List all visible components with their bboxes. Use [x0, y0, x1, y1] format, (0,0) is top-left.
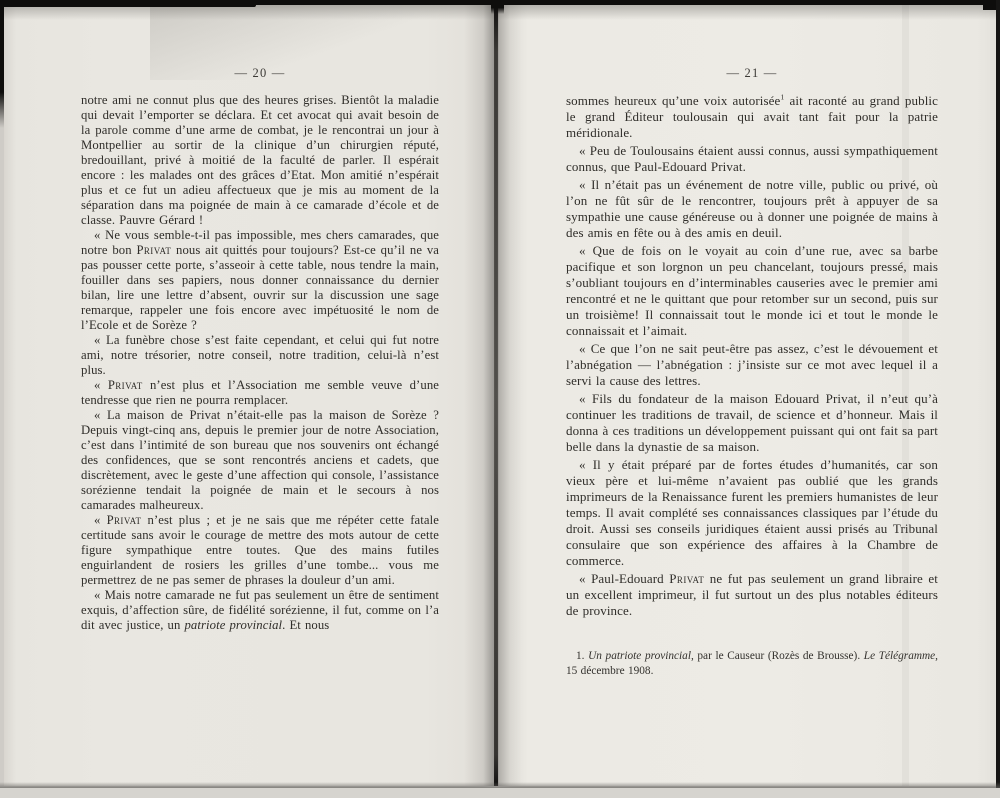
text-segment: Un patriote provincial,	[588, 650, 694, 662]
text-segment: « Peu de Toulousains étaient aussi connu…	[566, 143, 938, 174]
scan-left-edge	[0, 0, 4, 128]
paragraph: « Privat n’est plus et l’Association me …	[81, 378, 439, 408]
paragraph: « Mais notre camarade ne fut pas seuleme…	[81, 588, 439, 633]
text-segment: notre ami ne connut plus que des heures …	[81, 93, 439, 227]
text-segment: « Que de fois on le voyait au coin d’une…	[566, 243, 938, 338]
paragraph: « La funèbre chose s’est faite cependant…	[81, 333, 439, 378]
paragraph: sommes heureux qu’une voix autorisée1 ai…	[566, 93, 938, 141]
text-segment: Privat	[107, 513, 142, 527]
text-segment: patriote provincial	[184, 618, 282, 632]
scan-right-edge	[996, 0, 1000, 789]
gutter-core-line	[494, 5, 498, 786]
page-stack-band	[0, 788, 1000, 798]
text-segment: Privat	[669, 571, 704, 586]
paragraph: « Privat n’est plus ; et je ne sais que …	[81, 513, 439, 588]
text-segment: par le Causeur (Rozès de Brousse).	[694, 650, 864, 662]
paragraph: « Paul-Edouard Privat ne fut pas seuleme…	[566, 571, 938, 619]
text-segment: Privat	[136, 243, 171, 257]
scan-top-edge-left	[0, 0, 256, 7]
text-segment: « Il n’était pas un événement de notre v…	[566, 177, 938, 240]
text-segment: « La maison de Privat n’était-elle pas l…	[81, 408, 439, 512]
paragraph: notre ami ne connut plus que des heures …	[81, 93, 439, 228]
scan-top-gutter-wedge	[491, 0, 504, 14]
paragraph: « Il y était préparé par de fortes étude…	[566, 457, 938, 569]
text-segment: 15 décembre 1908.	[566, 665, 653, 677]
paragraph: « Ce que l’on ne sait peut-être pas asse…	[566, 341, 938, 389]
text-segment: « La funèbre chose s’est faite cependant…	[81, 333, 439, 377]
text-segment: « Fils du fondateur de la maison Edouard…	[566, 391, 938, 454]
page-number-header-20: — 20 —	[81, 66, 439, 81]
paragraph: « Peu de Toulousains étaient aussi connu…	[566, 143, 938, 175]
paragraph: « Il n’était pas un événement de notre v…	[566, 177, 938, 241]
page-number-header-21: — 21 —	[566, 66, 938, 81]
page-20-paragraphs: notre ami ne connut plus que des heures …	[81, 93, 439, 633]
paragraph: « Fils du fondateur de la maison Edouard…	[566, 391, 938, 455]
footnote: 1. Un patriote provincial, par le Causeu…	[566, 649, 938, 679]
page-21-text-block: — 21 — sommes heureux qu’une voix autori…	[566, 66, 938, 679]
text-segment: « Ce que l’on ne sait peut-être pas asse…	[566, 341, 938, 388]
text-segment: « Paul-Edouard	[579, 571, 669, 586]
text-segment: «	[94, 378, 108, 392]
text-segment: « Il y était préparé par de fortes étude…	[566, 457, 938, 568]
text-segment: Le Télégramme,	[864, 650, 938, 662]
text-segment: 1.	[576, 650, 588, 662]
page-20-text-block: — 20 — notre ami ne connut plus que des …	[81, 66, 439, 633]
text-segment: . Et nous	[282, 618, 329, 632]
paragraph: « Ne vous semble-t-il pas impossible, me…	[81, 228, 439, 333]
text-segment: sommes heureux qu’une voix autorisée	[566, 93, 780, 108]
text-segment: Privat	[108, 378, 143, 392]
text-segment: «	[94, 513, 107, 527]
paragraph: « La maison de Privat n’était-elle pas l…	[81, 408, 439, 513]
paragraph: « Que de fois on le voyait au coin d’une…	[566, 243, 938, 339]
scanned-book-spread: — 20 — notre ami ne connut plus que des …	[0, 0, 1000, 798]
page-21-paragraphs: sommes heureux qu’une voix autorisée1 ai…	[566, 93, 938, 619]
